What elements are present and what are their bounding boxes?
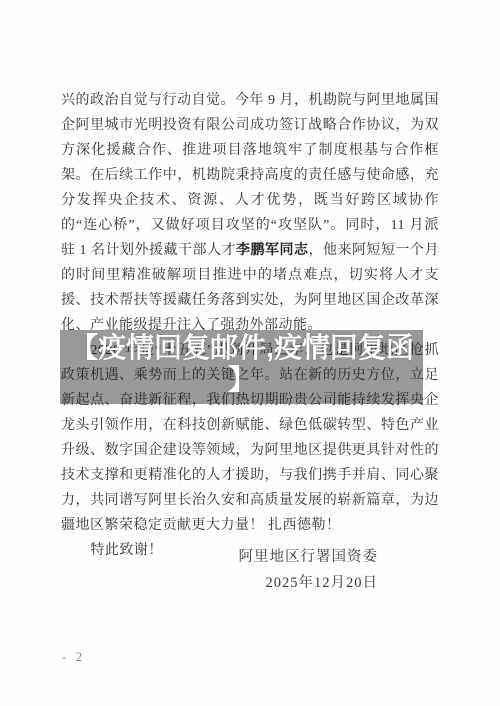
letter-body: 兴的政治自觉与行动自觉。今年 9 月，机勘院与阿里地属国企阿里城市光明投资有限公… <box>61 88 439 563</box>
signature-block: 阿里地区行署国资委 2025年12月20日 <box>239 544 379 596</box>
paragraph-1-text-pre: 兴的政治自觉与行动自觉。今年 9 月，机勘院与阿里地属国企阿里城市光明投资有限公… <box>61 93 439 258</box>
scanned-letter-page: 兴的政治自觉与行动自觉。今年 9 月，机勘院与阿里地属国企阿里城市光明投资有限公… <box>0 0 500 706</box>
watermark-title-line2: 】 <box>52 364 432 395</box>
signature-date: 2025年12月20日 <box>239 570 379 596</box>
signature-org: 阿里地区行署国资委 <box>239 544 379 570</box>
page-number: - 2 <box>62 649 85 665</box>
watermark-title-line1: 【疫情回复邮件,疫情回复函 <box>52 331 432 364</box>
paragraph-1: 兴的政治自觉与行动自觉。今年 9 月，机勘院与阿里地属国企阿里城市光明投资有限公… <box>61 88 439 338</box>
cadre-name-bold: 李鹏军同志 <box>236 243 309 258</box>
watermark-title: 【疫情回复邮件,疫情回复函 】 <box>52 331 432 395</box>
